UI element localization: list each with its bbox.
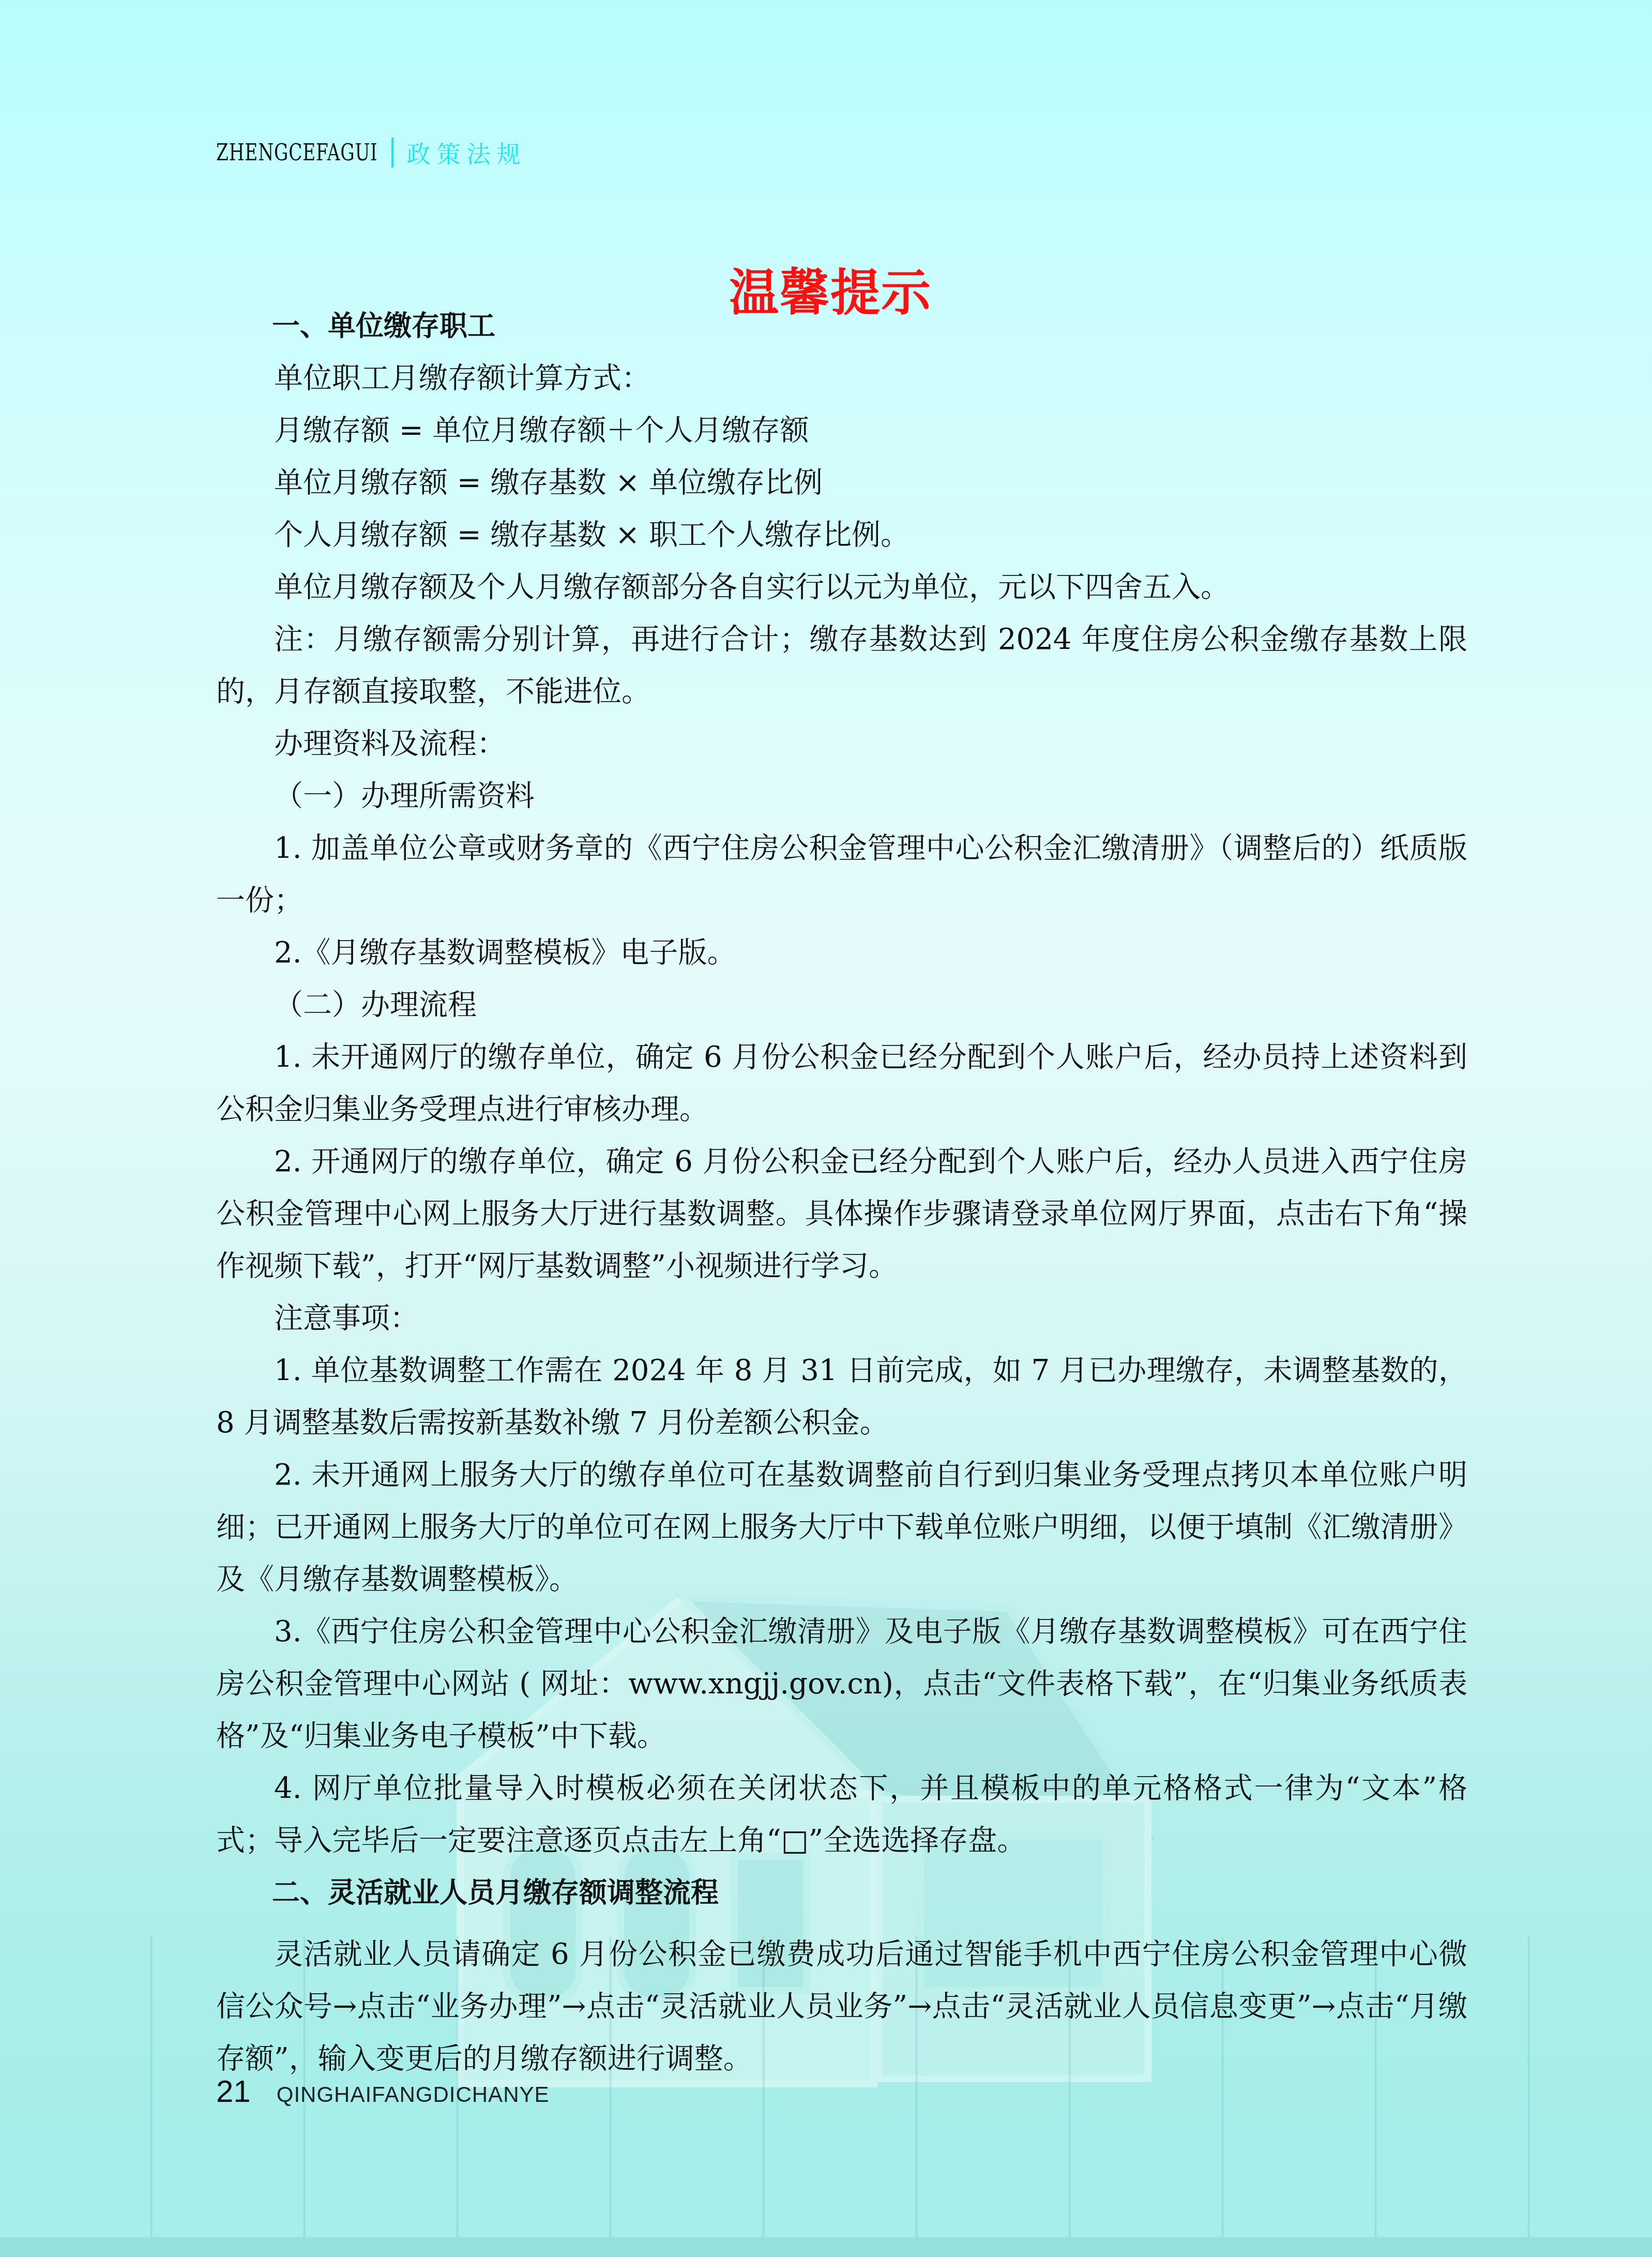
formula-personal: 个人月缴存额 = 缴存基数 × 职工个人缴存比例。 xyxy=(216,509,1467,561)
paragraph: 灵活就业人员请确定 6 月份公积金已缴费成功后通过智能手机中西宁住房公积金管理中… xyxy=(216,1928,1467,2085)
paragraph: 单位月缴存额及个人月缴存额部分各自实行以元为单位，元以下四舍五入。 xyxy=(216,561,1467,613)
list-item: 4. 网厅单位批量导入时模板必须在关闭状态下，并且模板中的单元格格式一律为“文本… xyxy=(216,1762,1467,1867)
page-footer: 21 QINGHAIFANGDICHANYE xyxy=(216,2073,550,2109)
list-item: 2.《月缴存基数调整模板》电子版。 xyxy=(216,927,1467,979)
paragraph: 单位职工月缴存额计算方式： xyxy=(216,352,1467,404)
list-item: 3.《西宁住房公积金管理中心公积金汇缴清册》及电子版《月缴存基数调整模板》可在西… xyxy=(216,1605,1467,1762)
article-body: 一、单位缴存职工 单位职工月缴存额计算方式： 月缴存额 = 单位月缴存额＋个人月… xyxy=(216,300,1467,2085)
list-item: 1. 加盖单位公章或财务章的《西宁住房公积金管理中心公积金汇缴清册》（调整后的）… xyxy=(216,822,1467,927)
list-item: 1. 未开通网厅的缴存单位，确定 6 月份公积金已经分配到个人账户后，经办员持上… xyxy=(216,1031,1467,1135)
publication-name: QINGHAIFANGDICHANYE xyxy=(277,2082,550,2107)
list-item: 2. 未开通网上服务大厅的缴存单位可在基数调整前自行到归集业务受理点拷贝本单位账… xyxy=(216,1449,1467,1605)
formula-unit: 单位月缴存额 = 缴存基数 × 单位缴存比例 xyxy=(216,457,1467,509)
list-item: 2. 开通网厅的缴存单位，确定 6 月份公积金已经分配到个人账户后，经办人员进入… xyxy=(216,1135,1467,1292)
subheading-process: （二）办理流程 xyxy=(216,979,1467,1031)
section-pinyin: ZHENGCEFAGUI xyxy=(216,140,377,166)
paragraph: 办理资料及流程： xyxy=(216,718,1467,770)
page-number: 21 xyxy=(216,2073,251,2109)
section-heading-unit-employees: 一、单位缴存职工 xyxy=(216,300,1467,352)
section-header: ZHENGCEFAGUI 政策法规 xyxy=(216,135,527,170)
section-name: 政策法规 xyxy=(407,135,527,170)
floor-edge-background xyxy=(0,2237,1652,2257)
formula-total: 月缴存额 = 单位月缴存额＋个人月缴存额 xyxy=(216,404,1467,457)
section-heading-flexible-employment: 二、灵活就业人员月缴存额调整流程 xyxy=(216,1867,1467,1919)
header-divider xyxy=(391,138,393,168)
list-item: 1. 单位基数调整工作需在 2024 年 8 月 31 日前完成，如 7 月已办… xyxy=(216,1344,1467,1449)
note-paragraph: 注：月缴存额需分别计算，再进行合计；缴存基数达到 2024 年度住房公积金缴存基… xyxy=(216,613,1467,718)
subheading-notes: 注意事项： xyxy=(216,1292,1467,1344)
subheading-materials: （一）办理所需资料 xyxy=(216,770,1467,822)
